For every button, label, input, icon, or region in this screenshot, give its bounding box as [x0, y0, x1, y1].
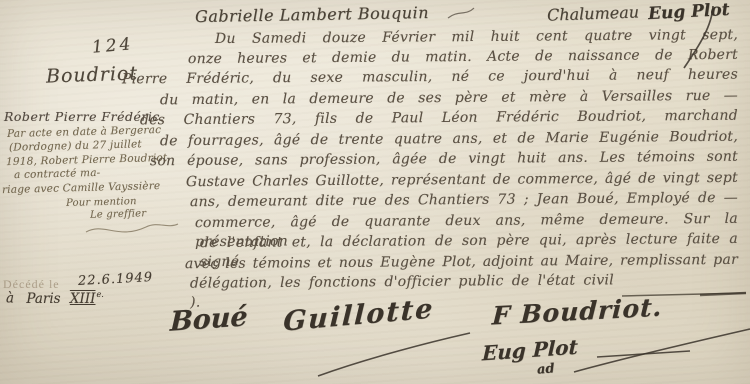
act-line: avec les témoins et nous Eugène Plot, ad… [185, 251, 738, 274]
register-page-scan: 124 Boudriot Robert Pierre Frédéric. Par… [0, 0, 750, 384]
act-number: 124 [91, 34, 134, 58]
death-place-prefix: à [6, 291, 14, 307]
death-date: 22.6.1949 [78, 270, 154, 289]
signature-witness-boue: Boué [170, 301, 249, 338]
act-line: des Chantiers 73, fils de Paul Léon Fréd… [140, 107, 738, 131]
greffier-line: Le greffier [90, 207, 147, 221]
death-place-arrondissement: XIII [69, 291, 97, 307]
marriage-note-line: riage avec Camille Vayssière [2, 180, 161, 197]
death-place: à Paris XIIIe. [6, 289, 104, 307]
death-place-city: Paris [26, 291, 60, 307]
act-line: son épouse, sans profession, âgée de vin… [150, 148, 738, 172]
previous-act-signature-2: Chalumeau [547, 2, 640, 24]
death-place-ordinal: e. [97, 289, 104, 299]
previous-act-signature-3: Eug Plot [648, 0, 730, 24]
signature-officer-suffix: ad [536, 361, 555, 377]
act-line: ans, demeurant dite rue des Chantiers 73… [190, 189, 738, 212]
signature-officer-plot: Eug Plot [482, 335, 579, 366]
previous-act-signature-1: Gabrielle Lambert Bouquin [195, 3, 429, 26]
marriage-note-line: a contracté ma- [14, 167, 101, 182]
act-line: Pierre Frédéric, du sexe masculin, né ce… [122, 66, 738, 90]
